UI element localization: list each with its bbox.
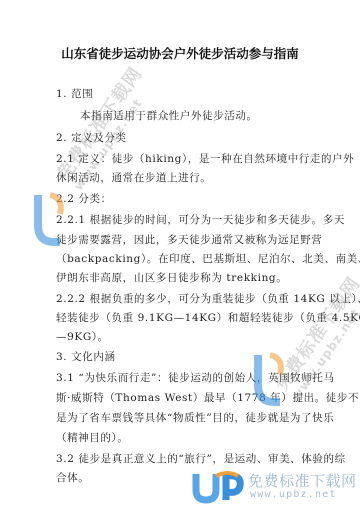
section-2-heading: 2. 定义及分类 (56, 130, 127, 145)
paragraph-line: 轻装徒步（负重 9.1KG—14KG）和超轻装徒步（负重 4.5KG (56, 310, 360, 325)
subsection-heading: 2.2 分类： (56, 191, 112, 206)
paragraph-line: 伊朗东非高原，山区多日徒步称为 trekking。 (56, 270, 287, 285)
paragraph-line: 是为了省车票钱等具体“物质性”目的，徒步就是为了快乐 (56, 410, 334, 425)
paragraph-line: 休闲活动，通常在步道上进行。 (56, 170, 211, 185)
paragraph-line: 合体。 (56, 470, 89, 485)
paragraph-line: 2.1 定义：徒步（hiking），是一种在自然环境中行走的户外 (56, 151, 354, 166)
document-title: 山东省徒步运动协会户外徒步活动参与指南 (0, 44, 360, 62)
site-logo: 免费标准下载网 www.upbz.net (190, 470, 360, 504)
paragraph-line: 徒步需要露营，因此，多天徒步通常又被称为远足野营 (56, 232, 322, 247)
paragraph-line: （精神目的）。 (56, 430, 128, 445)
document-page: 山东省徒步运动协会户外徒步活动参与指南 1. 范围 本指南适用于群众性户外徒步活… (0, 0, 360, 509)
site-name: 免费标准下载网 (248, 470, 357, 491)
up-logo-icon (190, 470, 246, 504)
paragraph-line: 2.2.2 根据负重的多少，可分为重装徒步（负重 14KG 以上）、 (56, 291, 360, 306)
paragraph-line: —9KG）。 (56, 329, 109, 344)
paragraph-line: 3.1 “为快乐而行走”：徒步运动的创始人，英国牧师托马 (56, 370, 335, 385)
section-1-heading: 1. 范围 (56, 86, 93, 101)
paragraph-line: 斯·威斯特（Thomas West）最早（1778 年）提出。徒步不 (56, 390, 359, 405)
paragraph-line: （backpacking）。在印度、巴基斯坦、尼泊尔、北美、南美、 (56, 251, 360, 266)
site-url: www.upbz.net (250, 489, 337, 500)
paragraph-line: 本指南适用于群众性户外徒步活动。 (80, 108, 258, 123)
section-3-heading: 3. 文化内涵 (56, 349, 116, 364)
paragraph-line: 3.2 徒步是真正意义上的“旅行”，是运动、审美、体验的综 (56, 451, 346, 466)
paragraph-line: 2.2.1 根据徒步的时间，可分为一天徒步和多天徒步。多天 (56, 212, 345, 227)
